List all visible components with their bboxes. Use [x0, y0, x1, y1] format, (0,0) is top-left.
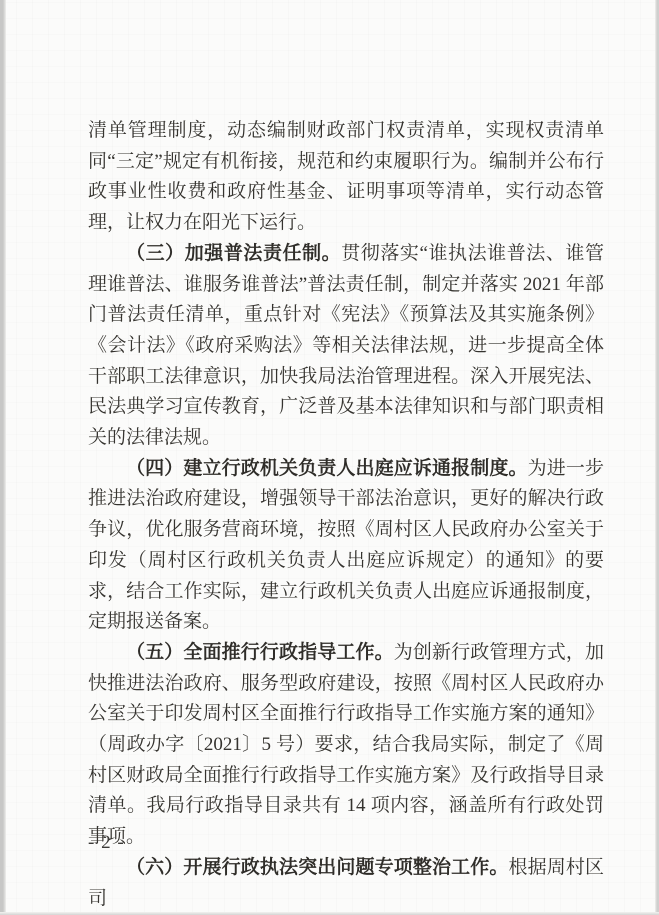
paragraph-text: 为进一步推进法治政府建设，增强领导干部法治意识，更好的解决行政争议，优化服务营商… — [88, 458, 604, 633]
paragraph-heading: （三）加强普法责任制。 — [126, 243, 341, 264]
paragraph-item-6: （六）开展行政执法突出问题专项整治工作。根据周村区司 — [88, 853, 604, 914]
page-number: - 2 - — [88, 832, 125, 854]
paragraph-heading: （四）建立行政机关负责人出庭应诉通报制度。 — [126, 458, 528, 479]
paragraph-heading: （五）全面推行行政指导工作。 — [126, 642, 394, 663]
scan-edge-right — [655, 0, 659, 915]
paragraph-text: 贯彻落实“谁执法谁普法、谁管理谁普法、谁服务谁普法”普法责任制，制定并落实 20… — [88, 243, 604, 448]
paragraph-text: 清单管理制度，动态编制财政部门权责清单，实现权责清单同“三定”规定有机衔接，规范… — [88, 120, 604, 233]
paragraph-item-4: （四）建立行政机关负责人出庭应诉通报制度。为进一步推进法治政府建设，增强领导干部… — [88, 454, 604, 638]
paragraph-item-3: （三）加强普法责任制。贯彻落实“谁执法谁普法、谁管理谁普法、谁服务谁普法”普法责… — [88, 239, 604, 454]
paragraph-heading: （六）开展行政执法突出问题专项整治工作。 — [126, 857, 508, 878]
paragraph-item-5: （五）全面推行行政指导工作。为创新行政管理方式，加快推进法治政府、服务型政府建设… — [88, 638, 604, 853]
paragraph-continuation: 清单管理制度，动态编制财政部门权责清单，实现权责清单同“三定”规定有机衔接，规范… — [88, 116, 604, 239]
document-body: 清单管理制度，动态编制财政部门权责清单，实现权责清单同“三定”规定有机衔接，规范… — [88, 116, 604, 914]
paragraph-text: 为创新行政管理方式，加快推进法治政府、服务型政府建设，按照《周村区人民政府办公室… — [88, 642, 604, 847]
scanned-page: 清单管理制度，动态编制财政部门权责清单，实现权责清单同“三定”规定有机衔接，规范… — [0, 0, 659, 915]
scan-edge-left — [0, 0, 6, 915]
